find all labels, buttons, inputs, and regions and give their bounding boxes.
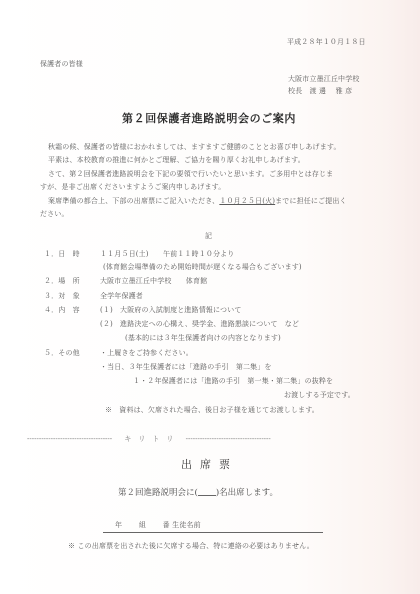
- deadline-date: １０月２５日(火): [219, 197, 275, 205]
- item-other-4: お渡しする予定です。: [284, 391, 355, 400]
- item-datetime-note: (体育館会場準備のため開始時間が遅くなる場合もございます): [103, 263, 302, 272]
- slip-title: 出席票: [181, 456, 238, 472]
- item-content-2: (２) 進路決定への心構え、奨学金、進路懇談について など: [100, 320, 299, 329]
- cut-line: ------------------------------------ キ リ…: [27, 434, 271, 444]
- item-content-note: (基本的には３年生保護者向けの内容となります): [125, 334, 281, 343]
- cut-dashes-left: ------------------------------------: [27, 435, 112, 443]
- addressee: 保護者の皆様: [40, 60, 83, 69]
- greeting-paragraph: 秋霜の候、保護者の皆様におかれましては、ますますご健勝のこととお喜び申しあげます…: [48, 143, 341, 152]
- attendance-text-pre: 第２回進路説明会に(: [118, 488, 198, 498]
- student-name-field[interactable]: [103, 532, 323, 533]
- item-other-2: ・当日、３年生保護者には「進路の手引 第二集」を: [100, 363, 272, 372]
- document-date: 平成２８年１０月１８日: [287, 38, 366, 47]
- submission-text-pre: 案席準備の都合上、下部の出席票にご記入いただき、: [48, 197, 219, 205]
- item-content-1: (１) 大阪府の入試制度と進路情報について: [100, 306, 241, 315]
- cut-label: キ リ ト リ: [124, 435, 173, 443]
- invitation-line-2: すが、是非ご出席くださいますようご案内申しあげます。: [40, 183, 225, 192]
- item-datetime-value: １１月５日(土) 午前１１時１０分より: [100, 250, 234, 259]
- submission-paragraph-end: ださい。: [40, 210, 69, 219]
- item-other-3: １・２年保護者には「進路の手引 第一集・第二集」の抜粋を: [133, 377, 333, 386]
- item-other-label: ５．その他: [44, 349, 80, 358]
- submission-paragraph: 案席準備の都合上、下部の出席票にご記入いただき、１０月２５日(火)までに担任にご…: [48, 197, 347, 206]
- item-place-label: ２．場 所: [44, 277, 80, 286]
- school-name: 大阪市立墨江丘中学校: [288, 75, 360, 84]
- item-audience-label: ３．対 象: [44, 292, 80, 301]
- item-audience-value: 全学年保護者: [100, 292, 143, 301]
- attendance-sentence: 第２回進路説明会に()名出席します。: [118, 488, 278, 499]
- item-datetime-label: １．日 時: [44, 250, 80, 259]
- attendance-text-post: )名出席します。: [216, 488, 278, 498]
- thanks-paragraph: 平素は、本校教育の推進に何かとご理解、ご協力を賜り厚くお礼申しあげます。: [48, 156, 305, 165]
- invitation-line-1: さて、第２回保護者進路説明会を下記の要領で行いたいと思います。ご多用中とは存じま: [48, 170, 333, 179]
- page-title: 第２回保護者進路説明会のご案内: [122, 110, 296, 126]
- item-content-label: ４．内 容: [44, 306, 80, 315]
- submission-text-post: までに担任にご提出く: [275, 197, 347, 205]
- item-place-value: 大阪市立墨江丘中学校 体育館: [100, 277, 207, 286]
- item-other-1: ・上履きをご持参ください。: [100, 349, 193, 358]
- materials-note: ※ 資料は、欠席された場合、後日お子様を通じてお渡しします。: [105, 406, 319, 415]
- slip-footnote: ※ この出席票を出された後に欠席する場合、特に連絡の必要はありません。: [68, 542, 314, 551]
- cut-dashes-right: ------------------------------------: [186, 435, 271, 443]
- ki-heading: 記: [205, 232, 212, 241]
- principal-name: 校長 渡 邊 雅 彦: [288, 87, 352, 96]
- attendee-count-field[interactable]: [198, 488, 216, 496]
- student-info-labels: 年 組 番 生徒名前: [115, 521, 201, 530]
